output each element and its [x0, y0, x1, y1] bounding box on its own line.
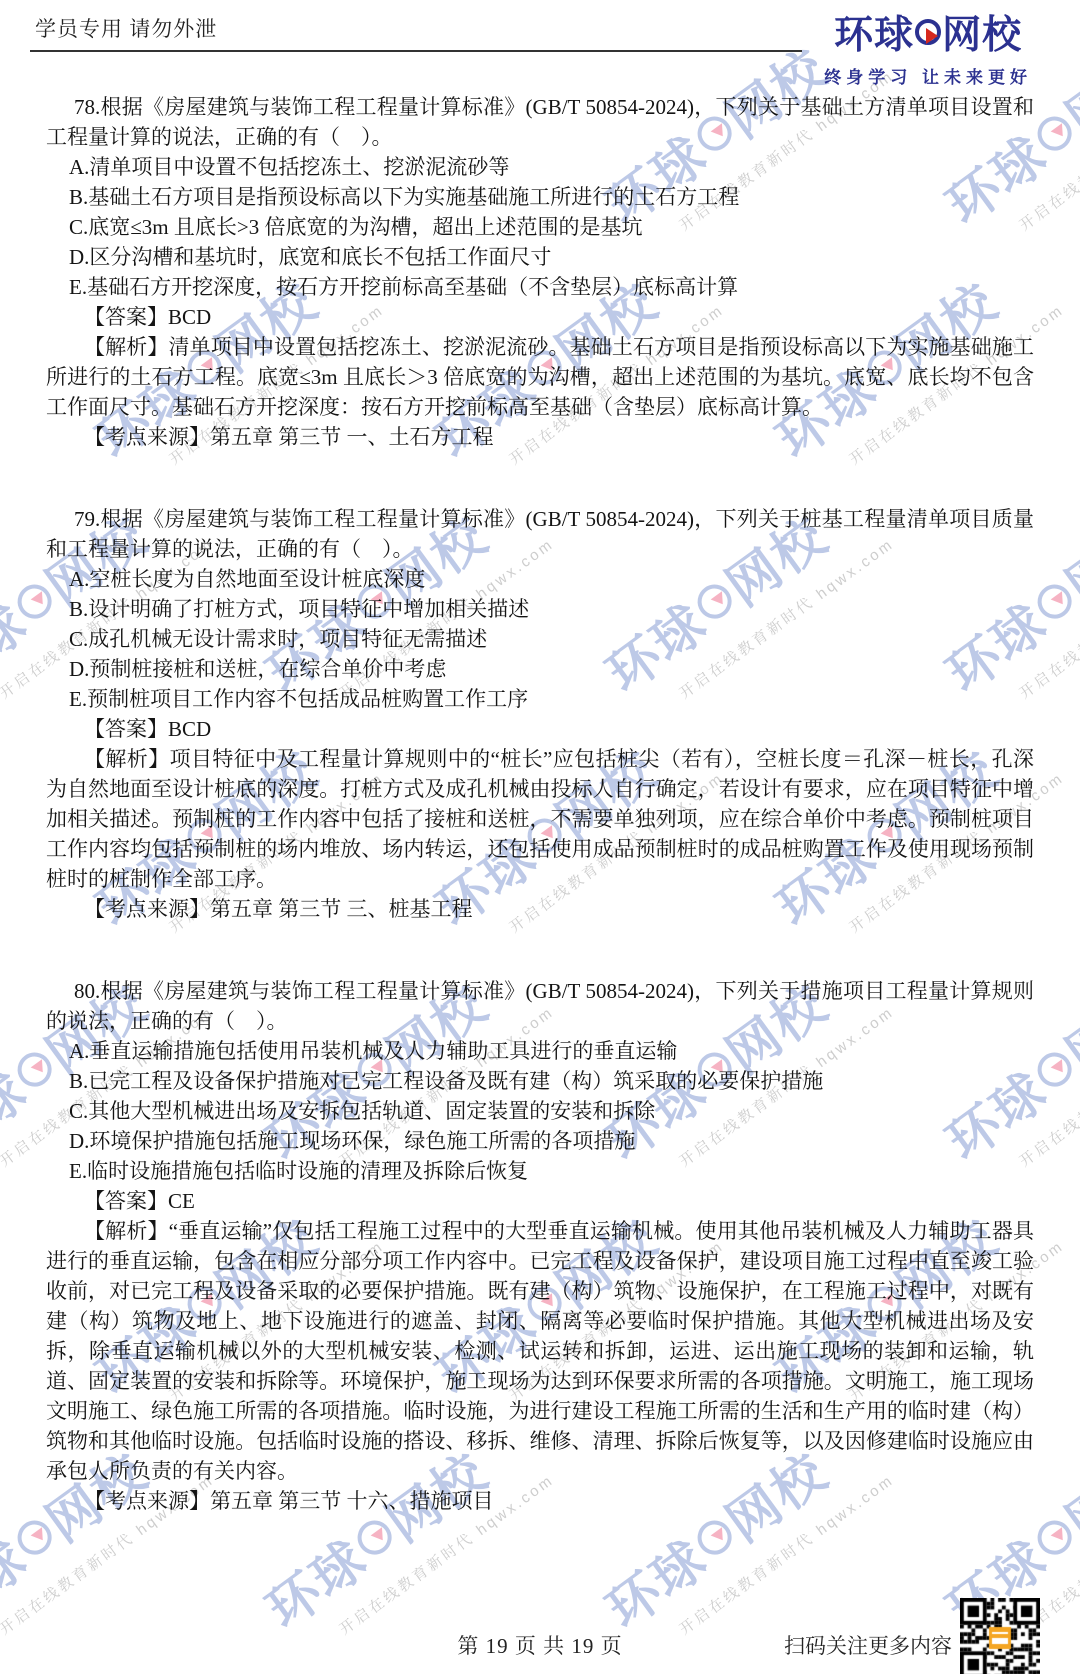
answer-label: 【答案】	[84, 305, 168, 329]
answer-line: 【答案】BCD	[46, 714, 1034, 744]
analysis-label: 【解析】	[84, 1219, 169, 1243]
answer-line: 【答案】CE	[46, 1186, 1034, 1216]
analysis-line: 【解析】“垂直运输”仅包括工程施工过程中的大型垂直运输机械。使用其他吊装机械及人…	[46, 1216, 1034, 1486]
question-stem: 78.根据《房屋建筑与装饰工程工程量计算标准》(GB/T 50854-2024)…	[46, 92, 1034, 152]
question-79: 79.根据《房屋建筑与装饰工程工程量计算标准》(GB/T 50854-2024)…	[46, 504, 1034, 924]
play-triangle-icon	[926, 28, 938, 44]
answer-line: 【答案】BCD	[46, 302, 1034, 332]
option-b: B.基础土石方项目是指预设标高以下为实施基础施工所进行的土石方工程	[46, 182, 1034, 212]
brand-tagline: 终身学习 让未来更好	[824, 63, 1032, 88]
answer-label: 【答案】	[84, 1189, 168, 1213]
analysis-line: 【解析】清单项目中设置包括挖冻土、挖淤泥流砂。基础土石方项目是指预设标高以下为实…	[46, 332, 1034, 422]
option-a: A.空桩长度为自然地面至设计桩底深度	[46, 564, 1034, 594]
page-footer: 第 19 页 共 19 页 扫码关注更多内容	[0, 1594, 1080, 1674]
analysis-text: “垂直运输”仅包括工程施工过程中的大型垂直运输机械。使用其他吊装机械及人力辅助工…	[46, 1219, 1034, 1483]
option-e: E.临时设施措施包括临时设施的清理及拆除后恢复	[46, 1156, 1034, 1186]
answer-value: BCD	[168, 305, 211, 329]
analysis-line: 【解析】项目特征中及工程量计算规则中的“桩长”应包括桩尖（若有），空桩长度＝孔深…	[46, 744, 1034, 894]
logo-text-left: 环球	[834, 4, 914, 60]
question-stem: 79.根据《房屋建筑与装饰工程工程量计算标准》(GB/T 50854-2024)…	[46, 504, 1034, 564]
watermark-play-icon	[351, 1513, 398, 1560]
questions-area: 78.根据《房屋建筑与装饰工程工程量计算标准》(GB/T 50854-2024)…	[0, 78, 1080, 1516]
answer-value: BCD	[168, 717, 211, 741]
option-d: D.环境保护措施包括施工现场环保，绿色施工所需的各项措施	[46, 1126, 1034, 1156]
watermark-play-icon	[11, 1513, 58, 1560]
qr-code	[960, 1598, 1040, 1674]
source-text: 第五章 第三节 一、土石方工程	[210, 425, 494, 449]
option-c: C.其他大型机械进出场及安拆包括轨道、固定装置的安装和拆除	[46, 1096, 1034, 1126]
confidential-note: 学员专用 请勿外泄	[35, 13, 217, 43]
analysis-label: 【解析】	[84, 747, 170, 771]
analysis-label: 【解析】	[84, 335, 168, 359]
answer-label: 【答案】	[84, 717, 168, 741]
option-c: C.底宽≤3m 且底长>3 倍底宽的为沟槽，超出上述范围的是基坑	[46, 212, 1034, 242]
source-text: 第五章 第三节 十六、措施项目	[210, 1489, 494, 1513]
source-line: 【考点来源】第五章 第三节 一、土石方工程	[46, 422, 1034, 452]
scan-note: 扫码关注更多内容	[784, 1630, 952, 1660]
option-d: D.区分沟槽和基坑时，底宽和底长不包括工作面尺寸	[46, 242, 1034, 272]
watermark-play-icon	[1031, 1513, 1078, 1560]
option-a: A.清单项目中设置不包括挖冻土、挖淤泥流砂等	[46, 152, 1034, 182]
watermark-play-icon	[691, 1513, 738, 1560]
source-line: 【考点来源】第五章 第三节 三、桩基工程	[46, 894, 1034, 924]
logo-text-right: 网校	[942, 4, 1022, 60]
brand-logo: 环球 网校 终身学习 让未来更好	[824, 4, 1032, 88]
header-rule	[30, 50, 802, 52]
option-d: D.预制桩接桩和送桩，在综合单价中考虑	[46, 654, 1034, 684]
document-page: 环球网校开启在线教育新时代 hqwx.com环球网校开启在线教育新时代 hqwx…	[0, 0, 1080, 1674]
page-header: 学员专用 请勿外泄 环球 网校 终身学习 让未来更好	[0, 0, 1080, 78]
play-icon	[915, 19, 941, 45]
source-label: 【考点来源】	[84, 425, 210, 449]
source-label: 【考点来源】	[84, 897, 210, 921]
analysis-text: 清单项目中设置包括挖冻土、挖淤泥流砂。基础土石方项目是指预设标高以下为实施基础施…	[46, 335, 1034, 419]
source-line: 【考点来源】第五章 第三节 十六、措施项目	[46, 1486, 1034, 1516]
option-b: B.已完工程及设备保护措施对已完工程设备及既有建（构）筑采取的必要保护措施	[46, 1066, 1034, 1096]
option-c: C.成孔机械无设计需求时，项目特征无需描述	[46, 624, 1034, 654]
question-stem: 80.根据《房屋建筑与装饰工程工程量计算标准》(GB/T 50854-2024)…	[46, 976, 1034, 1036]
source-text: 第五章 第三节 三、桩基工程	[210, 897, 473, 921]
analysis-text: 项目特征中及工程量计算规则中的“桩长”应包括桩尖（若有），空桩长度＝孔深－桩长，…	[46, 747, 1034, 891]
option-a: A.垂直运输措施包括使用吊装机械及人力辅助工具进行的垂直运输	[46, 1036, 1034, 1066]
answer-value: CE	[168, 1189, 195, 1213]
option-e: E.预制桩项目工作内容不包括成品桩购置工作工序	[46, 684, 1034, 714]
question-78: 78.根据《房屋建筑与装饰工程工程量计算标准》(GB/T 50854-2024)…	[46, 92, 1034, 452]
option-e: E.基础石方开挖深度，按石方开挖前标高至基础（不含垫层）底标高计算	[46, 272, 1034, 302]
source-label: 【考点来源】	[84, 1489, 210, 1513]
option-b: B.设计明确了打桩方式，项目特征中增加相关描述	[46, 594, 1034, 624]
question-80: 80.根据《房屋建筑与装饰工程工程量计算标准》(GB/T 50854-2024)…	[46, 976, 1034, 1516]
brand-logo-row: 环球 网校	[824, 4, 1032, 60]
